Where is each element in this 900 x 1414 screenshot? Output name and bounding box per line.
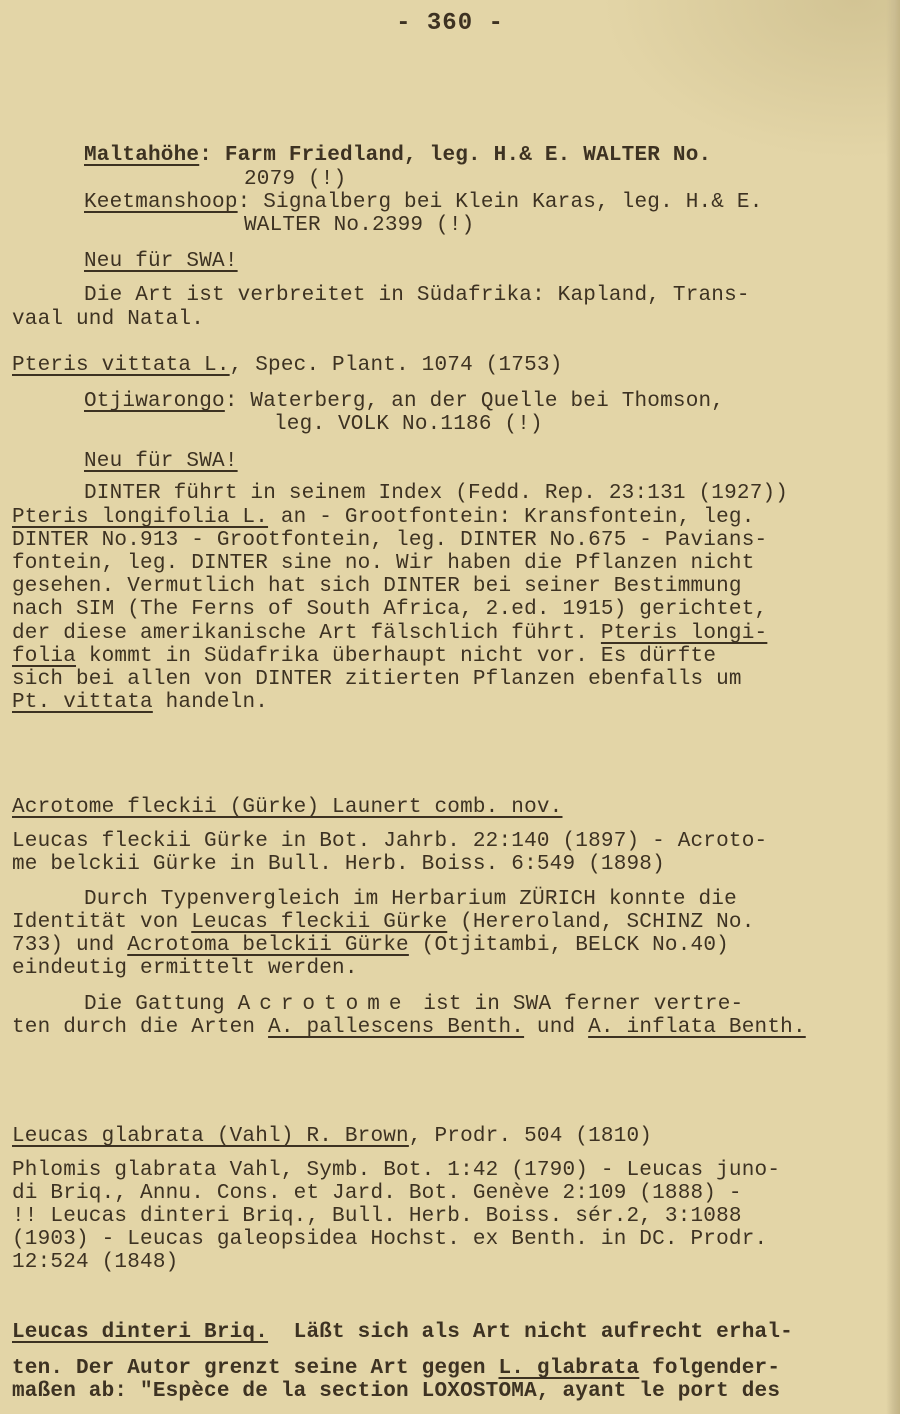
paragraph-line: sich bei allen von DINTER zitierten Pfla…	[12, 668, 742, 692]
species-name: Leucas dinteri Briq.	[12, 1321, 268, 1344]
species-name: Pteris vittata L.	[12, 354, 230, 377]
species-name: Leucas glabrata (Vahl) R. Brown	[12, 1125, 409, 1148]
locality-name: Otjiwarongo	[84, 390, 225, 413]
locality-continuation: WALTER No.2399 (!)	[244, 214, 474, 238]
paragraph-line: nach SIM (The Ferns of South Africa, 2.e…	[12, 598, 767, 622]
synonym-line: (1903) - Leucas galeopsidea Hochst. ex B…	[12, 1228, 767, 1252]
locality-line: Keetmanshoop: Signalberg bei Klein Karas…	[84, 191, 763, 215]
locality-line: Otjiwarongo: Waterberg, an der Quelle be…	[84, 390, 724, 414]
paragraph-line: DINTER No.913 - Grootfontein, leg. DINTE…	[12, 529, 767, 553]
locality-continuation: 2079 (!)	[244, 168, 346, 192]
paragraph-line: fontein, leg. DINTER sine no. Wir haben …	[12, 552, 755, 576]
paragraph-line: Pteris longifolia L. an - Grootfontein: …	[12, 506, 755, 530]
new-record-note: Neu für SWA!	[84, 450, 238, 474]
paragraph-line: folia kommt in Südafrika überhaupt nicht…	[12, 645, 716, 669]
paragraph-line: gesehen. Vermutlich hat sich DINTER bei …	[12, 575, 742, 599]
species-heading: Acrotome fleckii (Gürke) Launert comb. n…	[12, 796, 563, 820]
synonym-line: di Briq., Annu. Cons. et Jard. Bot. Genè…	[12, 1182, 742, 1206]
paragraph-line: Identität von Leucas fleckii Gürke (Here…	[12, 911, 755, 935]
paragraph-line: maßen ab: "Espèce de la section LOXOSTOM…	[12, 1380, 780, 1404]
genus-name: Acrotome	[238, 993, 411, 1016]
distribution-text: Die Art ist verbreitet in Südafrika: Kap…	[84, 284, 750, 308]
species-heading: Leucas glabrata (Vahl) R. Brown, Prodr. …	[12, 1125, 652, 1149]
paragraph-line: ten durch die Arten A. pallescens Benth.…	[12, 1016, 806, 1040]
locality-name: Keetmanshoop	[84, 191, 238, 214]
locality-name: Maltahöhe	[84, 144, 199, 167]
synonym-line: me belckii Gürke in Bull. Herb. Boiss. 6…	[12, 853, 665, 877]
new-record-note: Neu für SWA!	[84, 250, 238, 274]
synonym-line: Leucas fleckii Gürke in Bot. Jahrb. 22:1…	[12, 830, 767, 854]
locality-continuation: leg. VOLK No.1186 (!)	[274, 413, 543, 437]
paragraph-line: eindeutig ermittelt werden.	[12, 957, 358, 981]
page-edge	[886, 0, 900, 1414]
paragraph-line: 733) und Acrotoma belckii Gürke (Otjitam…	[12, 934, 729, 958]
paragraph-line: Pt. vittata handeln.	[12, 691, 268, 715]
distribution-text: vaal und Natal.	[12, 308, 204, 332]
page-number: - 360 -	[0, 10, 900, 37]
species-heading: Leucas dinteri Briq. Läßt sich als Art n…	[12, 1321, 793, 1345]
paragraph-line: DINTER führt in seinem Index (Fedd. Rep.…	[84, 482, 788, 506]
synonym-line: Phlomis glabrata Vahl, Symb. Bot. 1:42 (…	[12, 1159, 780, 1183]
locality-line: Maltahöhe: Farm Friedland, leg. H.& E. W…	[84, 144, 711, 168]
synonym-line: !! Leucas dinteri Briq., Bull. Herb. Boi…	[12, 1205, 742, 1229]
synonym-line: 12:524 (1848)	[12, 1251, 178, 1275]
paragraph-line: ten. Der Autor grenzt seine Art gegen L.…	[12, 1357, 780, 1381]
paragraph-line: Die Gattung Acrotome ist in SWA ferner v…	[84, 993, 743, 1017]
paragraph-line: der diese amerikanische Art fälschlich f…	[12, 622, 767, 646]
paragraph-line: Durch Typenvergleich im Herbarium ZÜRICH…	[84, 888, 737, 912]
species-heading: Pteris vittata L., Spec. Plant. 1074 (17…	[12, 354, 563, 378]
